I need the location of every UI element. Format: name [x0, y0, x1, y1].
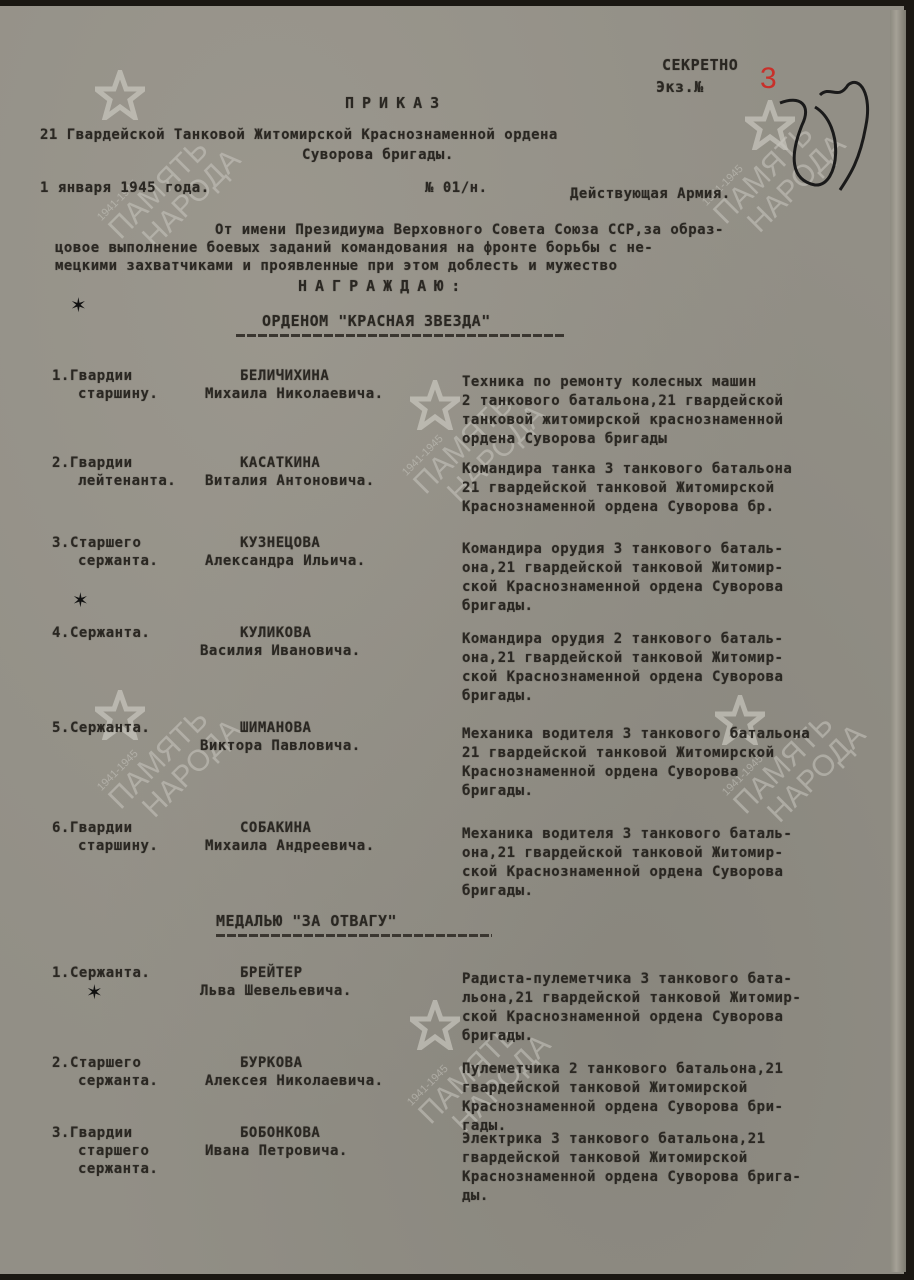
entry-position: гвардейской танковой Житомирской — [462, 1080, 748, 1096]
entry-position: Краснознаменной ордена Суворова брига- — [462, 1169, 801, 1185]
entry-rank: Гвардии — [70, 1125, 133, 1141]
entry-number: 1. — [52, 965, 70, 981]
entry-rank: Старшего — [70, 1055, 141, 1071]
entry-name: Виталия Антоновича. — [205, 473, 375, 489]
entry-name: Ивана Петровича. — [205, 1143, 348, 1159]
entry-name: Михаила Николаевича. — [205, 386, 384, 402]
entry-surname: СОБАКИНА — [240, 820, 311, 836]
entry-position: бригады. — [462, 883, 533, 899]
entry-rank: Сержанта. — [70, 625, 150, 641]
entry-position: ской Краснознаменной ордена Суворова — [462, 864, 783, 880]
entry-position: 2 танкового батальона,21 гвардейской — [462, 393, 783, 409]
entry-name: Александра Ильича. — [205, 553, 366, 569]
entry-rank: сержанта. — [78, 1073, 158, 1089]
entry-rank: Сержанта. — [70, 965, 150, 981]
entry-position: ской Краснознаменной ордена Суворова — [462, 1009, 783, 1025]
entry-position: бригады. — [462, 1028, 533, 1044]
entry-position: ской Краснознаменной ордена Суворова — [462, 579, 783, 595]
entry-surname: КУЗНЕЦОВА — [240, 535, 320, 551]
star-icon — [95, 70, 145, 120]
entry-name: Михаила Андреевича. — [205, 838, 375, 854]
entry-position: льона,21 гвардейской танковой Житомир- — [462, 990, 801, 1006]
entry-position: гвардейской танковой Житомирской — [462, 1150, 748, 1166]
order-number: № 01/н. — [425, 180, 488, 196]
unit-line-2: Суворова бригады. — [302, 147, 454, 163]
order-date: 1 января 1945 года. — [40, 180, 210, 196]
preamble-line-2: цовое выполнение боевых заданий командов… — [55, 240, 653, 256]
hole-punch-mark: ✶ — [72, 588, 89, 612]
copy-label: Экз.№ — [656, 78, 704, 96]
entry-name: Василия Ивановича. — [200, 643, 361, 659]
entry-number: 3. — [52, 1125, 70, 1141]
section-heading: ОРДЕНОМ "КРАСНАЯ ЗВЕЗДА" — [262, 312, 491, 330]
entry-number: 2. — [52, 455, 70, 471]
entry-position: Краснознаменной ордена Суворова бри- — [462, 1099, 783, 1115]
entry-number: 3. — [52, 535, 70, 551]
section-heading: МЕДАЛЬЮ "ЗА ОТВАГУ" — [216, 912, 397, 930]
entry-position: бригады. — [462, 688, 533, 704]
entry-position: она,21 гвардейской танковой Житомир- — [462, 650, 783, 666]
heading-underline — [216, 934, 492, 937]
entry-rank: Гвардии — [70, 455, 133, 471]
entry-position: Механика водителя 3 танкового батальона — [462, 726, 810, 742]
entry-position: Механика водителя 3 танкового баталь- — [462, 826, 792, 842]
entry-position: ской Краснознаменной ордена Суворова — [462, 669, 783, 685]
entry-position: танковой житомирской краснознаменной — [462, 412, 783, 428]
entry-position: она,21 гвардейской танковой Житомир- — [462, 560, 783, 576]
entry-position: Командира орудия 3 танкового баталь- — [462, 541, 783, 557]
entry-position: бригады. — [462, 598, 533, 614]
entry-number: 5. — [52, 720, 70, 736]
entry-rank: сержанта. — [78, 553, 158, 569]
star-icon — [410, 1000, 460, 1050]
hole-punch-mark: ✶ — [70, 293, 87, 317]
entry-rank: лейтенанта. — [78, 473, 176, 489]
entry-position: Краснознаменной ордена Суворова бр. — [462, 499, 775, 515]
entry-rank: старшину. — [78, 386, 158, 402]
entry-position: Пулеметчика 2 танкового батальона,21 — [462, 1061, 783, 1077]
heading-underline — [236, 334, 566, 337]
entry-position: Электрика 3 танкового батальона,21 — [462, 1131, 766, 1147]
page-number-handwritten — [760, 65, 870, 195]
entry-position: ды. — [462, 1188, 489, 1204]
unit-line-1: 21 Гвардейской Танковой Житомирской Крас… — [40, 127, 558, 143]
page-edge — [890, 10, 906, 1272]
preamble-line-3: мецкими захватчиками и проявленные при э… — [55, 258, 618, 274]
entry-number: 4. — [52, 625, 70, 641]
entry-position: Командира орудия 2 танкового баталь- — [462, 631, 783, 647]
entry-position: 21 гвардейской танковой Житомирской — [462, 480, 775, 496]
entry-number: 6. — [52, 820, 70, 836]
entry-surname: БУРКОВА — [240, 1055, 303, 1071]
entry-position: 21 гвардейской танковой Житомирской — [462, 745, 775, 761]
hole-punch-mark: ✶ — [86, 980, 103, 1004]
entry-position: она,21 гвардейской танковой Житомир- — [462, 845, 783, 861]
entry-surname: БРЕЙТЕР — [240, 965, 303, 981]
entry-rank: Гвардии — [70, 820, 133, 836]
entry-surname: БЕЛИЧИХИНА — [240, 368, 329, 384]
entry-rank: Гвардии — [70, 368, 133, 384]
entry-position: Техника по ремонту колесных машин — [462, 374, 757, 390]
entry-surname: КУЛИКОВА — [240, 625, 311, 641]
entry-position: Краснознаменной ордена Суворова — [462, 764, 739, 780]
entry-position: бригады. — [462, 783, 533, 799]
entry-rank: сержанта. — [78, 1161, 158, 1177]
order-location: Действующая Армия. — [570, 186, 731, 202]
entry-position: Командира танка 3 танкового батальона — [462, 461, 792, 477]
entry-rank: Сержанта. — [70, 720, 150, 736]
entry-surname: ШИМАНОВА — [240, 720, 311, 736]
entry-name: Алексея Николаевича. — [205, 1073, 384, 1089]
classification-stamp: СЕКРЕТНО — [662, 56, 738, 74]
entry-surname: КАСАТКИНА — [240, 455, 320, 471]
entry-rank: старшего — [78, 1143, 149, 1159]
entry-position: Радиста-пулеметчика 3 танкового бата- — [462, 971, 792, 987]
entry-rank: Старшего — [70, 535, 141, 551]
entry-number: 2. — [52, 1055, 70, 1071]
preamble-line-1: От имени Президиума Верховного Совета Со… — [215, 222, 724, 238]
order-title: ПРИКАЗ — [345, 94, 447, 112]
entry-position: ордена Суворова бригады — [462, 431, 667, 447]
entry-name: Виктора Павловича. — [200, 738, 361, 754]
award-word: НАГРАЖДАЮ: — [298, 277, 468, 295]
entry-number: 1. — [52, 368, 70, 384]
entry-name: Льва Шевельевича. — [200, 983, 352, 999]
entry-surname: БОБОНКОВА — [240, 1125, 320, 1141]
entry-rank: старшину. — [78, 838, 158, 854]
